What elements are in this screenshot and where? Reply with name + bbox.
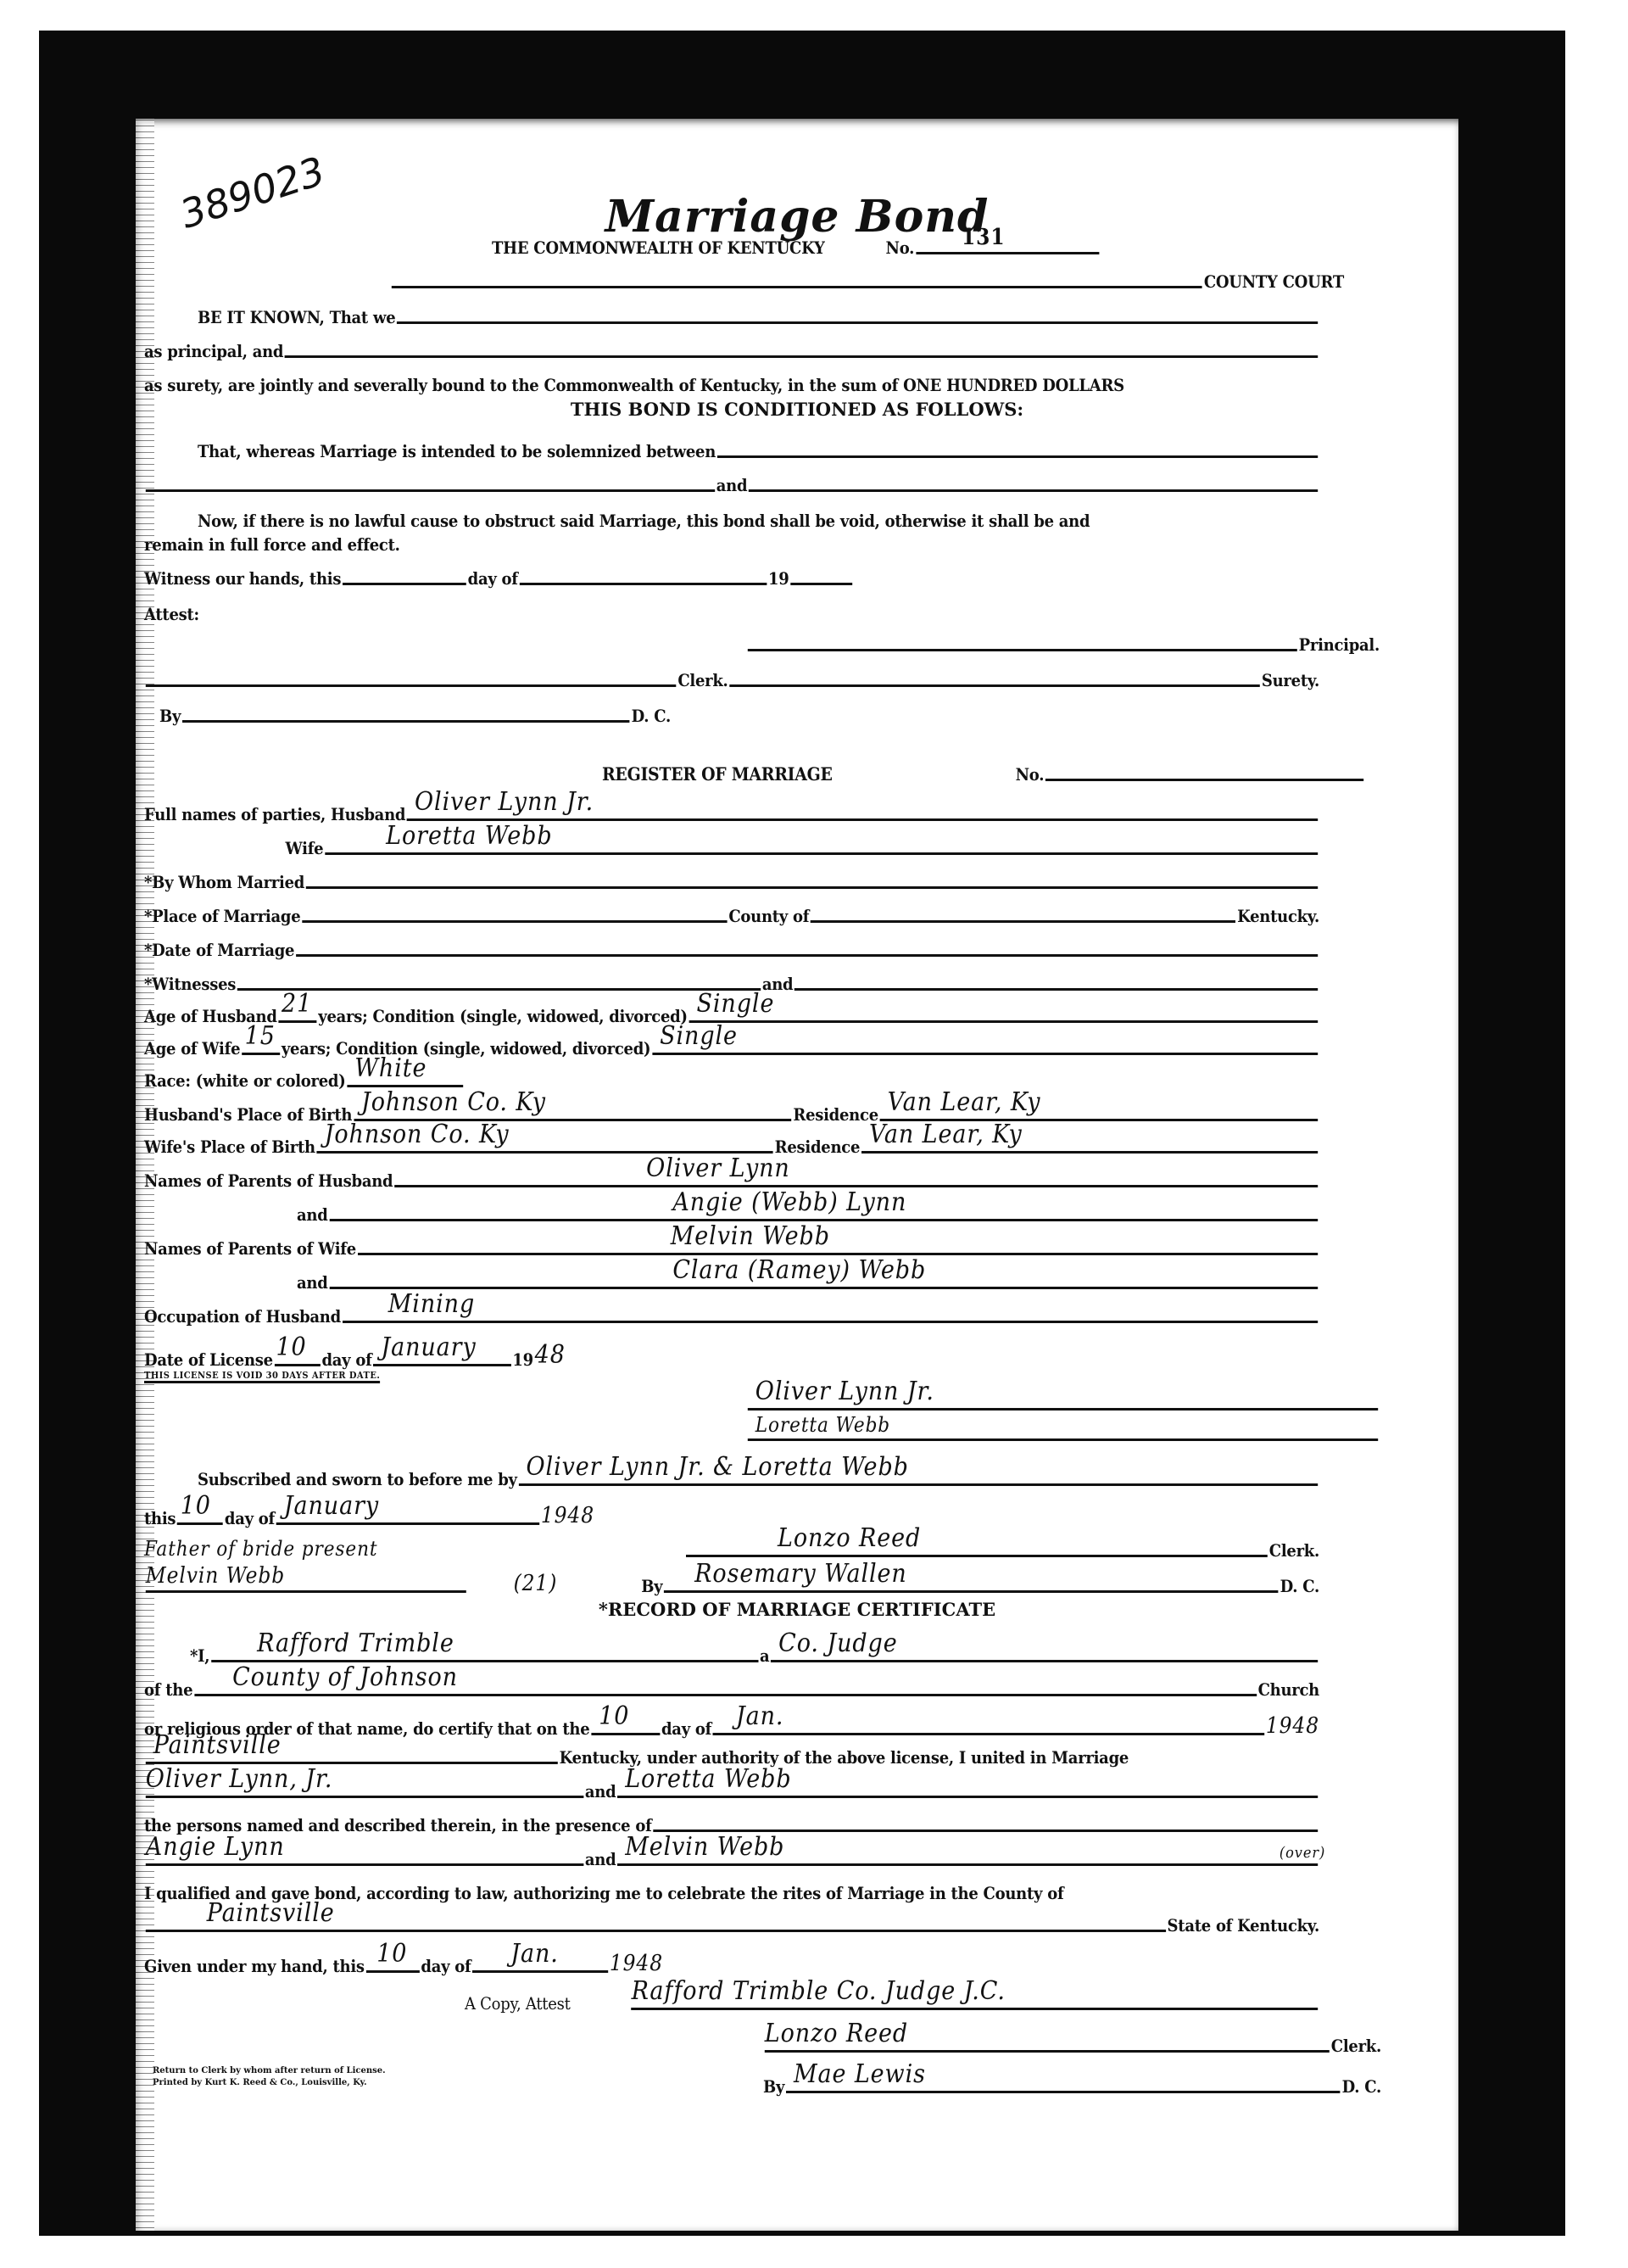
dc-signature: Rosemary Wallen [694, 1559, 907, 1589]
now-if-text: Now, if there is no lawful cause to obst… [198, 511, 1090, 531]
state-label: State of Kentucky. [1168, 1915, 1319, 1936]
dc-label: D. C. [1342, 2076, 1381, 2097]
document-title: Marriage Bond [136, 191, 1458, 243]
father-name: Melvin Webb [146, 1563, 285, 1589]
officiant-title: Co. Judge [778, 1628, 897, 1658]
margin-note: (over) [1280, 1844, 1325, 1862]
clerk-surety-row: Clerk. Surety. [144, 670, 1319, 690]
printer-footer: Return to Clerk by whom after return of … [153, 2065, 386, 2089]
sworn-year: 1948 [541, 1503, 594, 1528]
given-year: 1948 [610, 1951, 663, 1976]
principal-sign-row: Principal. [746, 634, 1380, 655]
husband-row: Full names of parties, Husband Oliver Ly… [144, 804, 1319, 824]
age-husband-value: 21 [282, 989, 312, 1019]
church-label: Church [1258, 1679, 1319, 1700]
wife-row: Wife Loretta Webb [144, 838, 1319, 858]
father-present-note: Father of bride present [144, 1537, 571, 1561]
wife-residence: Van Lear, Ky [869, 1120, 1023, 1149]
remain-row: remain in full force and effect. [144, 534, 1319, 555]
be-it-known-row: BE IT KNOWN, That we [144, 307, 1319, 327]
husband-birth-value: Johnson Co. Ky [361, 1087, 546, 1117]
sworn-label: Subscribed and sworn to before me by [198, 1469, 517, 1489]
as-principal-label: as principal, and [144, 341, 283, 361]
by-whom-row: *By Whom Married [144, 872, 1319, 892]
license-date-row: Date of License 10 day of January 19 48 [144, 1340, 564, 1370]
cert-month: Jan. [736, 1701, 784, 1731]
remain-text: remain in full force and effect. [144, 534, 400, 555]
county-court-row: COUNTY COURT [390, 271, 1344, 292]
clerk-label: Clerk. [677, 670, 728, 690]
wife-condition: Single [660, 1021, 738, 1051]
marriage-place: Paintsville [153, 1730, 282, 1760]
party-1: Oliver Lynn, Jr. [146, 1764, 333, 1794]
occupation-value: Mining [388, 1289, 475, 1319]
county-court-label: COUNTY COURT [1204, 271, 1344, 292]
sworn-date-row: this 10 day of January 1948 [144, 1503, 594, 1528]
husband-condition: Single [697, 989, 775, 1019]
husband-birth-row: Husband's Place of Birth Johnson Co. Ky … [144, 1104, 1319, 1125]
county-value: Paintsville [207, 1898, 335, 1928]
state-row: Paintsville State of Kentucky. [144, 1915, 1319, 1936]
husband-name: Oliver Lynn Jr. [415, 787, 594, 817]
race-label: Race: (white or colored) [144, 1070, 345, 1091]
surety-text: as surety, are jointly and severally bou… [144, 375, 1124, 395]
i-label: *I, [190, 1645, 209, 1666]
attest-dc-signature: Mae Lewis [794, 2059, 926, 2089]
license-month: January [381, 1332, 476, 1362]
husband-birth-label: Husband's Place of Birth [144, 1104, 352, 1125]
church-value: County of Johnson [232, 1662, 458, 1692]
day-of-label: day of [468, 568, 518, 589]
license-day: 10 [276, 1332, 306, 1362]
copy-attest-row: A Copy, Attest Rafford Trimble Co. Judge… [144, 1993, 1319, 2014]
husband-label: Full names of parties, Husband [144, 804, 405, 824]
and-label: and [297, 1272, 328, 1293]
parent-husband-1: Oliver Lynn [646, 1154, 790, 1183]
sworn-day: 10 [181, 1491, 211, 1521]
date-row: *Date of Marriage [144, 940, 1319, 960]
cert-day: 10 [599, 1701, 629, 1731]
now-if-row: Now, if there is no lawful cause to obst… [144, 511, 1319, 531]
wife-birth-value: Johnson Co. Ky [325, 1120, 510, 1149]
day-of-label: day of [421, 1956, 471, 1976]
witnesses-label: *Witnesses [144, 974, 236, 994]
of-the-label: of the [144, 1679, 192, 1700]
whereas-row: That, whereas Marriage is intended to be… [144, 441, 1319, 461]
place-label: *Place of Marriage [144, 906, 300, 926]
given-month: Jan. [510, 1939, 559, 1969]
parents-wife-and-row: and Clara (Ramey) Webb [144, 1272, 1319, 1293]
given-day: 10 [376, 1939, 407, 1969]
whereas-and-row: and [144, 475, 1319, 495]
and-label: and [297, 1204, 328, 1225]
footer-line-2: Printed by Kurt K. Reed & Co., Louisvill… [153, 2077, 386, 2089]
age-wife-value: 15 [245, 1021, 276, 1051]
this-label: this [144, 1508, 176, 1528]
occupation-label: Occupation of Husband [144, 1306, 341, 1327]
father-age: (21) [514, 1571, 558, 1596]
church-row: of the County of Johnson Church [144, 1679, 1319, 1700]
number-label: No. [886, 237, 915, 258]
surety-row: as surety, are jointly and severally bou… [144, 375, 1319, 395]
dc-label: D. C. [1280, 1576, 1319, 1596]
date-label: *Date of Marriage [144, 940, 294, 960]
void-notice-row: THIS LICENSE IS VOID 30 DAYS AFTER DATE. [144, 1370, 1319, 1383]
wife-name: Loretta Webb [386, 821, 552, 851]
age-wife-label: Age of Wife [144, 1038, 240, 1059]
certify-row: or religious order of that name, do cert… [144, 1713, 1319, 1739]
commonwealth-row: THE COMMONWEALTH OF KENTUCKY No. 131 [492, 237, 1354, 258]
license-year: 48 [535, 1340, 566, 1370]
certificate-heading: *RECORD OF MARRIAGE CERTIFICATE [136, 1599, 1458, 1620]
county-blank [392, 286, 1202, 288]
dc-label: D. C. [632, 706, 671, 726]
cert-year: 1948 [1266, 1713, 1319, 1739]
sworn-value: Oliver Lynn Jr. & Loretta Webb [527, 1452, 909, 1482]
parties-row: Oliver Lynn, Jr. and Loretta Webb [144, 1781, 1319, 1802]
copy-attest-label: A Copy, Attest [465, 1993, 571, 2014]
witness-hands-row: Witness our hands, this day of 19 [144, 568, 854, 589]
parent-wife-1: Melvin Webb [671, 1221, 830, 1251]
by-label: By [159, 706, 181, 726]
day-of-label: day of [321, 1349, 371, 1370]
and-label: and [585, 1849, 616, 1869]
condition-label: years; Condition (single, widowed, divor… [318, 1006, 687, 1026]
county-of-label: County of [728, 906, 809, 926]
wife-birth-label: Wife's Place of Birth [144, 1137, 315, 1157]
clerk-label: Clerk. [1331, 2036, 1381, 2056]
witnesses-cert-row: Angie Lynn and Melvin Webb(over) [144, 1849, 1319, 1869]
bond-number: 131 [962, 225, 1006, 250]
attest-row: Attest: [144, 604, 1319, 624]
surety-label: Surety. [1262, 670, 1319, 690]
judge-signature: Rafford Trimble Co. Judge J.C. [632, 1976, 1006, 2006]
commonwealth-label: THE COMMONWEALTH OF KENTUCKY [492, 237, 825, 258]
register-number-label: No. [1016, 764, 1045, 785]
by-dc-row: By D. C. [144, 706, 671, 726]
and-label: and [585, 1781, 616, 1802]
day-of-label: day of [661, 1718, 711, 1739]
whereas-label: That, whereas Marriage is intended to be… [198, 441, 716, 461]
sworn-row: Subscribed and sworn to before me by Oli… [144, 1469, 1319, 1489]
attest-clerk-signature: Lonzo Reed [765, 2019, 908, 2048]
bride-signature: Loretta Webb [755, 1413, 890, 1437]
race-value: White [354, 1053, 427, 1083]
groom-signature: Oliver Lynn Jr. [755, 1377, 934, 1406]
by-whom-label: *By Whom Married [144, 872, 304, 892]
signature-2-row: Loretta Webb [746, 1438, 1380, 1444]
sworn-month: January [284, 1491, 379, 1521]
husband-residence: Van Lear, Ky [888, 1087, 1041, 1117]
clerk-sign-row: Father of bride present Lonzo Reed Clerk… [144, 1537, 1319, 1561]
attest-label: Attest: [144, 604, 199, 624]
by-label: By [641, 1576, 662, 1596]
residence-label: Residence [793, 1104, 878, 1125]
attest-clerk-row: Lonzo Reed Clerk. [763, 2036, 1381, 2056]
principal-label: Principal. [1299, 634, 1380, 655]
witness-hands-label: Witness our hands, this [144, 568, 341, 589]
principal-row: as principal, and [144, 341, 1319, 361]
parents-wife-label: Names of Parents of Wife [144, 1238, 356, 1259]
be-it-known-label: BE IT KNOWN, That we [198, 307, 395, 327]
register-heading-row: REGISTER OF MARRIAGE No. [602, 763, 1365, 785]
given-row: Given under my hand, this 10 day of Jan.… [144, 1951, 663, 1976]
witness-2: Melvin Webb [625, 1832, 784, 1862]
register-heading: REGISTER OF MARRIAGE [602, 763, 833, 785]
license-label: Date of License [144, 1349, 273, 1370]
wife-label: Wife [286, 838, 324, 858]
conditioned-heading: THIS BOND IS CONDITIONED AS FOLLOWS: [136, 399, 1458, 420]
witness-1: Angie Lynn [146, 1832, 285, 1862]
by-label: By [763, 2076, 784, 2097]
license-year-prefix: 19 [512, 1349, 533, 1370]
age-wife-row: Age of Wife 15 years; Condition (single,… [144, 1038, 1319, 1059]
footer-line-1: Return to Clerk by whom after return of … [153, 2065, 386, 2077]
parent-wife-2: Clara (Ramey) Webb [672, 1255, 926, 1285]
clerk-signature: Lonzo Reed [778, 1523, 921, 1553]
void-notice: THIS LICENSE IS VOID 30 DAYS AFTER DATE. [144, 1370, 380, 1383]
a-label: a [760, 1645, 769, 1666]
parents-husband-label: Names of Parents of Husband [144, 1170, 393, 1191]
attest-dc-row: By Mae Lewis D. C. [763, 2076, 1381, 2097]
place-row: *Place of Marriage County of Kentucky. [144, 906, 1319, 926]
officiant-name: Rafford Trimble [257, 1628, 454, 1658]
kentucky-label: Kentucky. [1237, 906, 1319, 926]
marriage-bond-document: 389023 Marriage Bond THE COMMONWEALTH OF… [136, 119, 1458, 2231]
occupation-row: Occupation of Husband Mining [144, 1306, 1319, 1327]
day-of-label: day of [225, 1508, 275, 1528]
parent-husband-2: Angie (Webb) Lynn [672, 1187, 906, 1217]
condition-label: years; Condition (single, widowed, divor… [282, 1038, 650, 1059]
given-label: Given under my hand, this [144, 1956, 365, 1976]
and-label: and [716, 475, 748, 495]
dc-sign-row: Melvin Webb (21) By Rosemary Wallen D. C… [144, 1571, 1319, 1596]
clerk-label: Clerk. [1269, 1540, 1319, 1561]
year-prefix: 19 [768, 568, 789, 589]
party-2: Loretta Webb [625, 1764, 791, 1794]
